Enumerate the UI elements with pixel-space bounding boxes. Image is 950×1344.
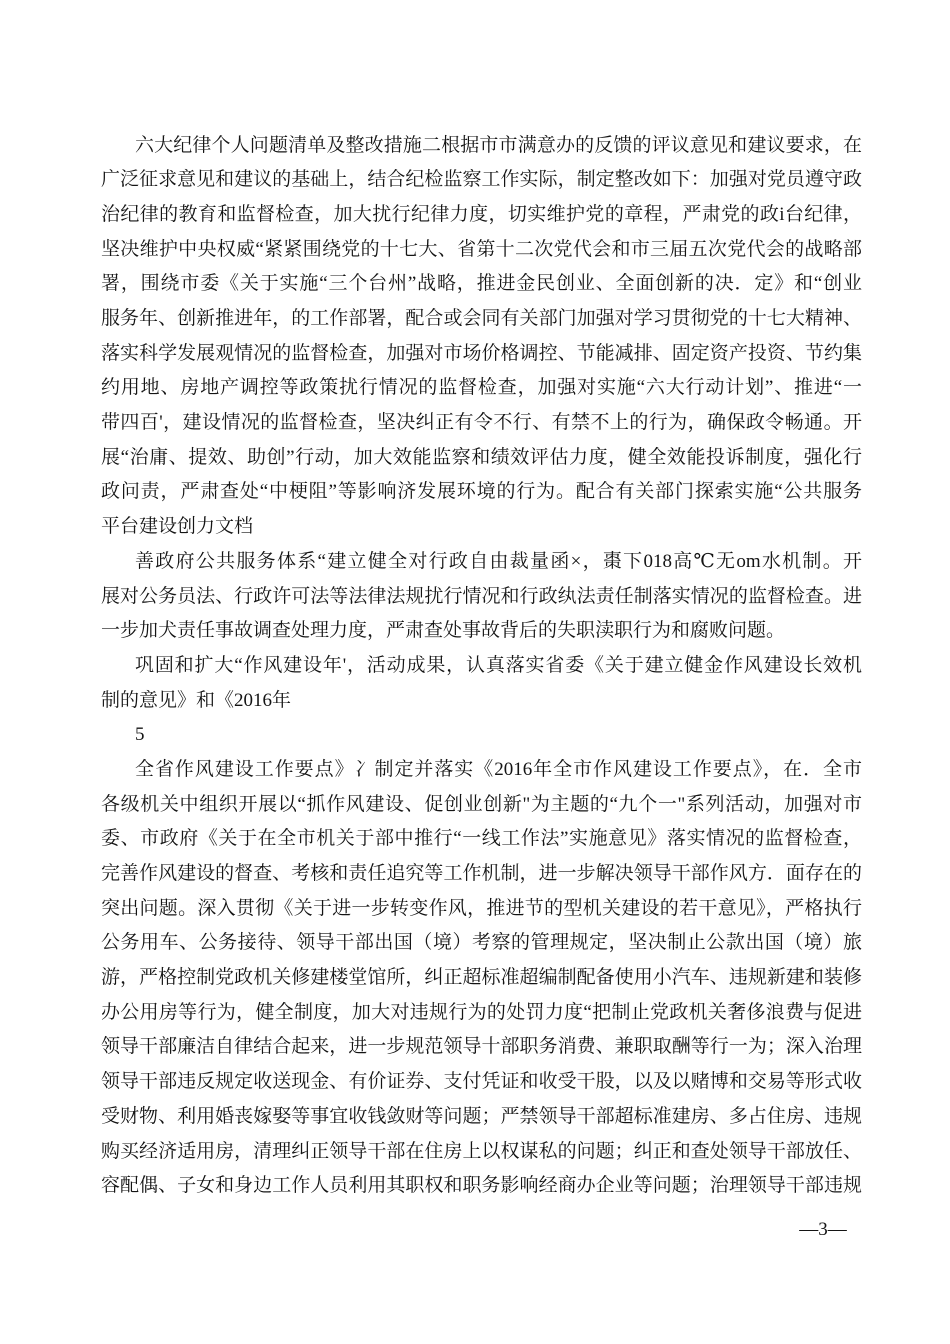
paragraph-stray-number: 5 xyxy=(101,718,862,753)
text-line: 突出问题。深入贯彻《关于进一步转变作风，推进节的型机关建设的若干意见》，严格执行 xyxy=(101,892,862,927)
text-line: 服务年、创新推进年，的工作部署，配合或会同有关部门加强对学习贯彻党的十七大精神、 xyxy=(101,302,862,337)
text-line: 约用地、房地产调控等政策扰行情况的监督检查，加强对实施“六大行动计划”、推进“一 xyxy=(101,371,862,406)
text-line: 落实科学发展观情况的监督检查，加强对市场价格调控、节能减排、固定资产投资、节约集 xyxy=(101,337,862,372)
page-number: —3— xyxy=(790,1217,856,1243)
text-line: 带四百'，建设情况的监督检查，坚决纠正有令不行、有禁不上的行为，确保政令畅通。开 xyxy=(101,406,862,441)
text-line: 展对公务员法、行政许可法等法律法规扰行情况和行政纨法责任制落实情况的监督检查。进 xyxy=(101,580,862,615)
text-line: 全省作风建设工作要点》冫制定并落实《2016年全市作风建设工作要点》，在．全市 xyxy=(101,753,862,788)
text-line: 政问责，严肃查处“中梗阻”等影响济发展环境的行为。配合有关部门探索实施“公共服务 xyxy=(101,475,862,510)
paragraph-rectification-measures: 六大纪律个人问题清单及整改措施二根据市市满意办的反馈的评议意见和建议要求，在 广… xyxy=(101,129,862,545)
text-line: 委、市政府《关于在全市机关于部中推行“一线工作法”实施意见》落实情况的监督检查， xyxy=(101,822,862,857)
text-line: 领导干部违反规定收送现金、有价证券、支付凭证和收受干股，以及以赌博和交易等形式收 xyxy=(101,1065,862,1100)
text-line: 治纪律的教育和监督检查，加大扰行纪律力度，切实维护党的章程，严肃党的政i台纪律， xyxy=(101,198,862,233)
text-line: 容配偶、子女和身边工作人员利用其职权和职务影响经商办企业等问题；治理领导干部违规 xyxy=(101,1169,862,1204)
text-line: 六大纪律个人问题清单及整改措施二根据市市满意办的反馈的评议意见和建议要求，在 xyxy=(101,129,862,164)
document-page: 六大纪律个人问题清单及整改措施二根据市市满意办的反馈的评议意见和建议要求，在 广… xyxy=(0,0,950,1344)
document-body: 六大纪律个人问题清单及整改措施二根据市市满意办的反馈的评议意见和建议要求，在 广… xyxy=(101,129,862,1204)
text-line: 办公用房等行为，健全制度，加大对违规行为的处罚力度“把制止党政机关奢侈浪费与促进 xyxy=(101,996,862,1031)
text-line: 制的意见》和《2016年 xyxy=(101,684,862,719)
text-line: 游，严格控制党政机关修建楼堂馆所，纠正超标准超编制配备使用小汽车、违规新建和装修 xyxy=(101,961,862,996)
text-line: 坚决维护中央权威“紧紧围绕党的十七大、省第十二次党代会和市三届五次党代会的战略部 xyxy=(101,233,862,268)
paragraph-work-style: 巩固和扩大“作风建设年'，活动成果，认真落实省委《关于建立健金作风建设长效机 制… xyxy=(101,649,862,718)
text-line: 各级机关中组织开展以“抓作风建设、促创业创新"为主题的“九个一"系列活动，加强对… xyxy=(101,788,862,823)
paragraph-public-service: 善政府公共服务体系“建立健全对行政自由裁量函×，棗下018高℃无om水机制。开 … xyxy=(101,545,862,649)
text-line: 5 xyxy=(101,718,862,753)
text-line: 受财物、利用婚丧嫁娶等事宜收钱敛财等问题；严禁领导干部超标准建房、多占住房、违规 xyxy=(101,1100,862,1135)
text-line: 署，围绕市委《关于实施“三个台州”战略，推进金民创业、全面创新的决．定》和“创业 xyxy=(101,267,862,302)
text-line: 购买经济适用房，清理纠正领导干部在住房上以权谋私的问题；纠正和查处领导干部放任、 xyxy=(101,1135,862,1170)
text-line: 善政府公共服务体系“建立健全对行政自由裁量函×，棗下018高℃无om水机制。开 xyxy=(101,545,862,580)
text-line: 展“治庸、提效、助创”行动，加大效能监察和绩效评估力度，健全效能投诉制度，强化行 xyxy=(101,441,862,476)
text-line: 广泛征求意见和建议的基础上，结合纪检监察工作实际，制定整改如下：加强对党员遵守政 xyxy=(101,163,862,198)
text-line: 一步加犬责任事故调查处理力度，严肃查处事故背后的失职渎职行为和腐败问题。 xyxy=(101,614,862,649)
text-line: 领导干部廉洁自律结合起来，进一步规范领导十部职务消费、兼职取酬等行一为；深入治理 xyxy=(101,1030,862,1065)
text-line: 巩固和扩大“作风建设年'，活动成果，认真落实省委《关于建立健金作风建设长效机 xyxy=(101,649,862,684)
text-line: 完善作风建设的督查、考核和责任追究等工作机制，进一步解决领导干部作风方．面存在的 xyxy=(101,857,862,892)
text-line: 公务用车、公务接待、领导干部出国（境）考察的管理规定，坚决制止公款出国（境）旅 xyxy=(101,926,862,961)
paragraph-work-style-points: 全省作风建设工作要点》冫制定并落实《2016年全市作风建设工作要点》，在．全市 … xyxy=(101,753,862,1204)
text-line: 平台建设创力文档 xyxy=(101,510,862,545)
